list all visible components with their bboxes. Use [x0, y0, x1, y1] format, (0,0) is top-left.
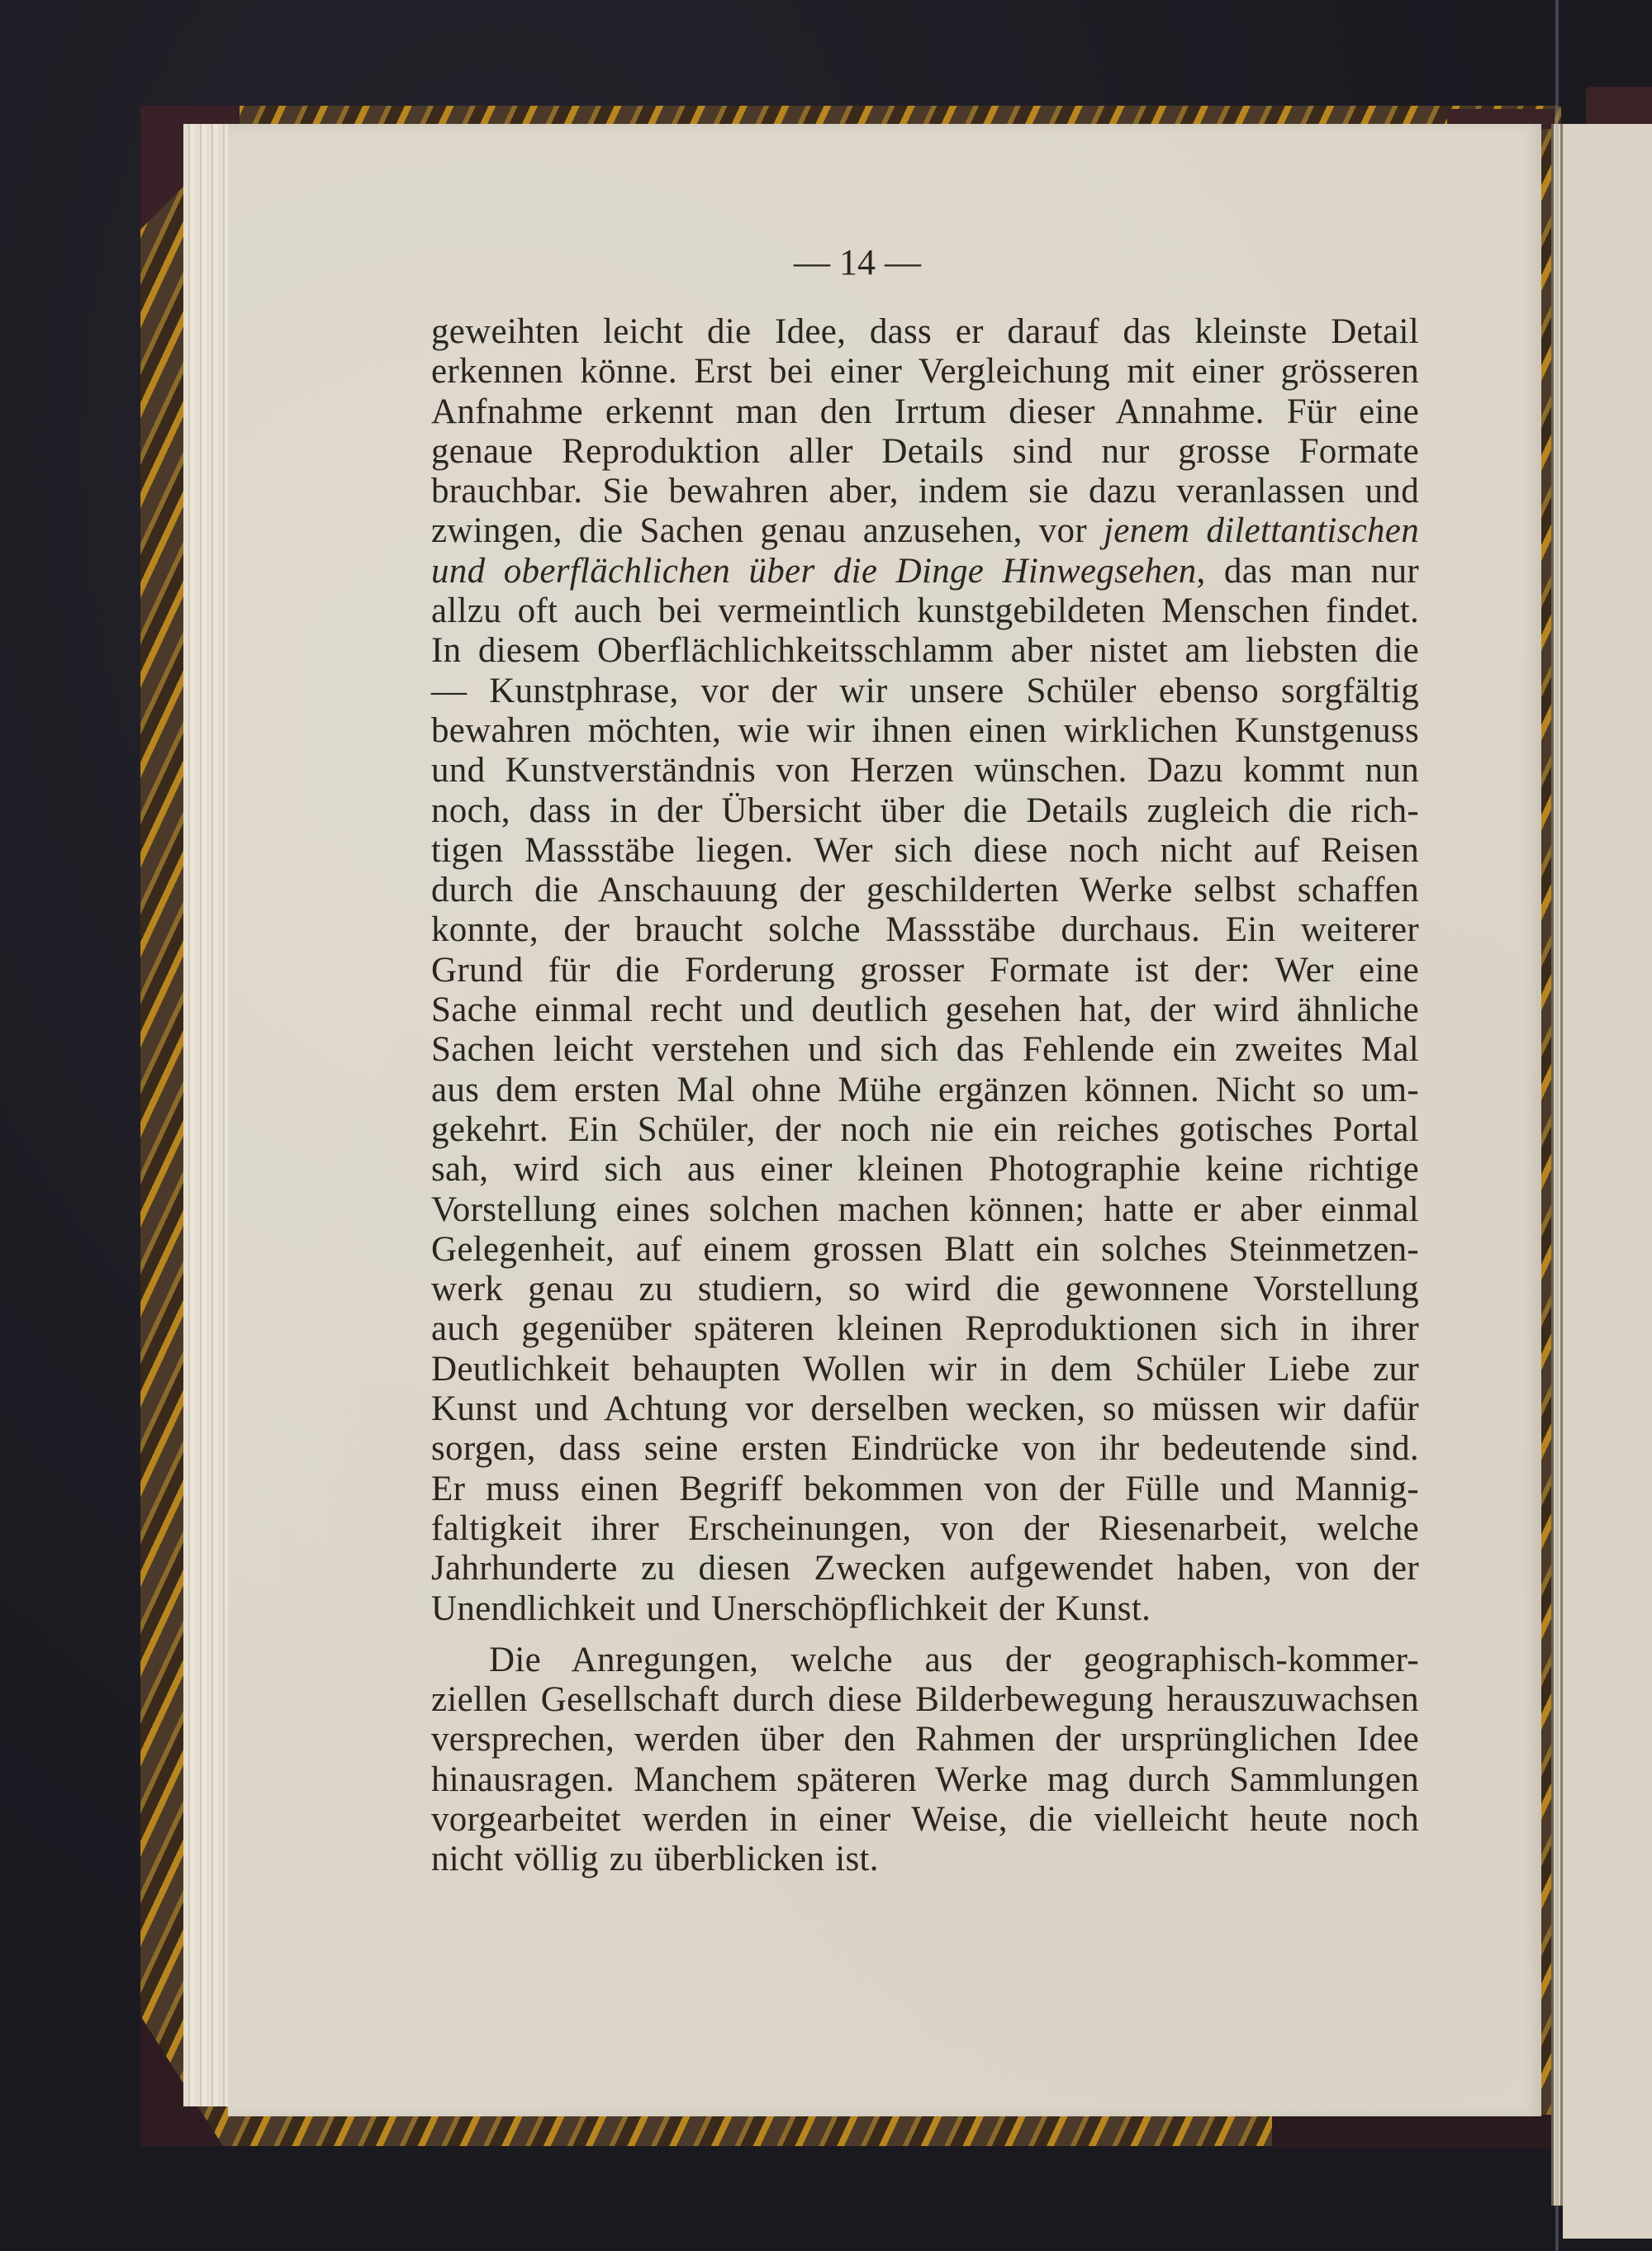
text-line: brauchbar. Sie bewahren aber, indem sie … — [431, 472, 1419, 511]
text-line: allzu oft auch bei vermeintlich kunstgeb… — [431, 591, 1419, 631]
text-line: Jahrhunderte zu diesen Zwecken aufgewend… — [431, 1549, 1419, 1589]
text-line: Gelegenheit, auf einem grossen Blatt ein… — [431, 1230, 1419, 1270]
text-line: noch, dass in der Übersicht über die Det… — [431, 791, 1419, 831]
page-number: — 14 — — [0, 241, 1652, 283]
text-line: Unendlichkeit und Unerschöpflichkeit der… — [431, 1589, 1419, 1629]
text-line: Vorstellung eines solchen machen können;… — [431, 1190, 1419, 1230]
text-line: gekehrt. Ein Schüler, der noch nie ein r… — [431, 1110, 1419, 1150]
text-line: Er muss einen Begriff bekommen von der F… — [431, 1470, 1419, 1509]
text-line: vorgearbeitet werden in einer Weise, die… — [431, 1800, 1419, 1840]
text-line: Sachen leicht verstehen und sich das Feh… — [431, 1030, 1419, 1070]
text-run: , das man nur — [1197, 552, 1419, 591]
text-line: Grund für die Forderung grosser Formate … — [431, 951, 1419, 990]
text-line: — Kunstphrase, vor der wir unsere Schüle… — [431, 672, 1419, 711]
leather-spine-bottom — [1272, 2115, 1553, 2148]
text-run: zwingen, die Sachen genau anzusehen, vor — [431, 511, 1104, 550]
text-line: nicht völlig zu überblicken ist. — [431, 1840, 1419, 1879]
text-line: tigen Massstäbe liegen. Wer sich diese n… — [431, 831, 1419, 871]
text-line: In diesem Oberflächlichkeitsschlamm aber… — [431, 631, 1419, 671]
text-line: sah, wird sich aus einer kleinen Photogr… — [431, 1150, 1419, 1190]
text-line: versprechen, werden über den Rahmen der … — [431, 1720, 1419, 1759]
text-line: konnte, der braucht solche Massstäbe dur… — [431, 910, 1419, 950]
text-line: geweihten leicht die Idee, dass er darau… — [431, 312, 1419, 352]
text-line: ziellen Gesellschaft durch diese Bilderb… — [431, 1680, 1419, 1720]
text-line: werk genau zu studiern, so wird die gewo… — [431, 1270, 1419, 1309]
text-line: auch gegenüber späteren kleinen Reproduk… — [431, 1309, 1419, 1349]
italic-run: jenem dilettantischen — [1104, 511, 1419, 550]
text-line: Deutlichkeit behaupten Wollen wir in dem… — [431, 1350, 1419, 1389]
text-line: genaue Reproduktion aller Details sind n… — [431, 432, 1419, 472]
page-edges-stack — [183, 124, 233, 2106]
text-line: sorgen, dass seine ersten Eindrücke von … — [431, 1429, 1419, 1469]
italic-run: und oberflächlichen über die Dinge Hinwe… — [431, 552, 1197, 591]
body-text: geweihten leicht die Idee, dass er darau… — [431, 312, 1419, 1880]
text-line: Sache einmal recht und deutlich gesehen … — [431, 990, 1419, 1030]
text-line: Die Anregungen, welche aus der geographi… — [431, 1641, 1419, 1680]
text-line-with-italic: und oberflächlichen über die Dinge Hinwe… — [431, 552, 1419, 591]
text-line: faltigkeit ihrer Erscheinungen, von der … — [431, 1509, 1419, 1549]
facing-cover-corner — [1586, 87, 1652, 124]
text-line: Anfnahme erkennt man den Irrtum dieser A… — [431, 392, 1419, 432]
facing-page-edge — [1563, 124, 1652, 2239]
text-line: erkennen könne. Erst bei einer Vergleich… — [431, 352, 1419, 392]
text-line: durch die Anschauung der geschilderten W… — [431, 871, 1419, 910]
text-line: und Kunstverständnis von Herzen wünschen… — [431, 751, 1419, 791]
text-line: bewahren möchten, wie wir ihnen einen wi… — [431, 711, 1419, 751]
text-line: Kunst und Achtung vor derselben wecken, … — [431, 1389, 1419, 1429]
paragraph-gap — [431, 1629, 1419, 1641]
glass-plate-edge — [1555, 0, 1559, 2251]
text-line: hinausragen. Manchem späteren Werke mag … — [431, 1760, 1419, 1800]
text-line: aus dem ersten Mal ohne Mühe ergänzen kö… — [431, 1071, 1419, 1110]
text-line-with-italic: zwingen, die Sachen genau anzusehen, vor… — [431, 511, 1419, 551]
